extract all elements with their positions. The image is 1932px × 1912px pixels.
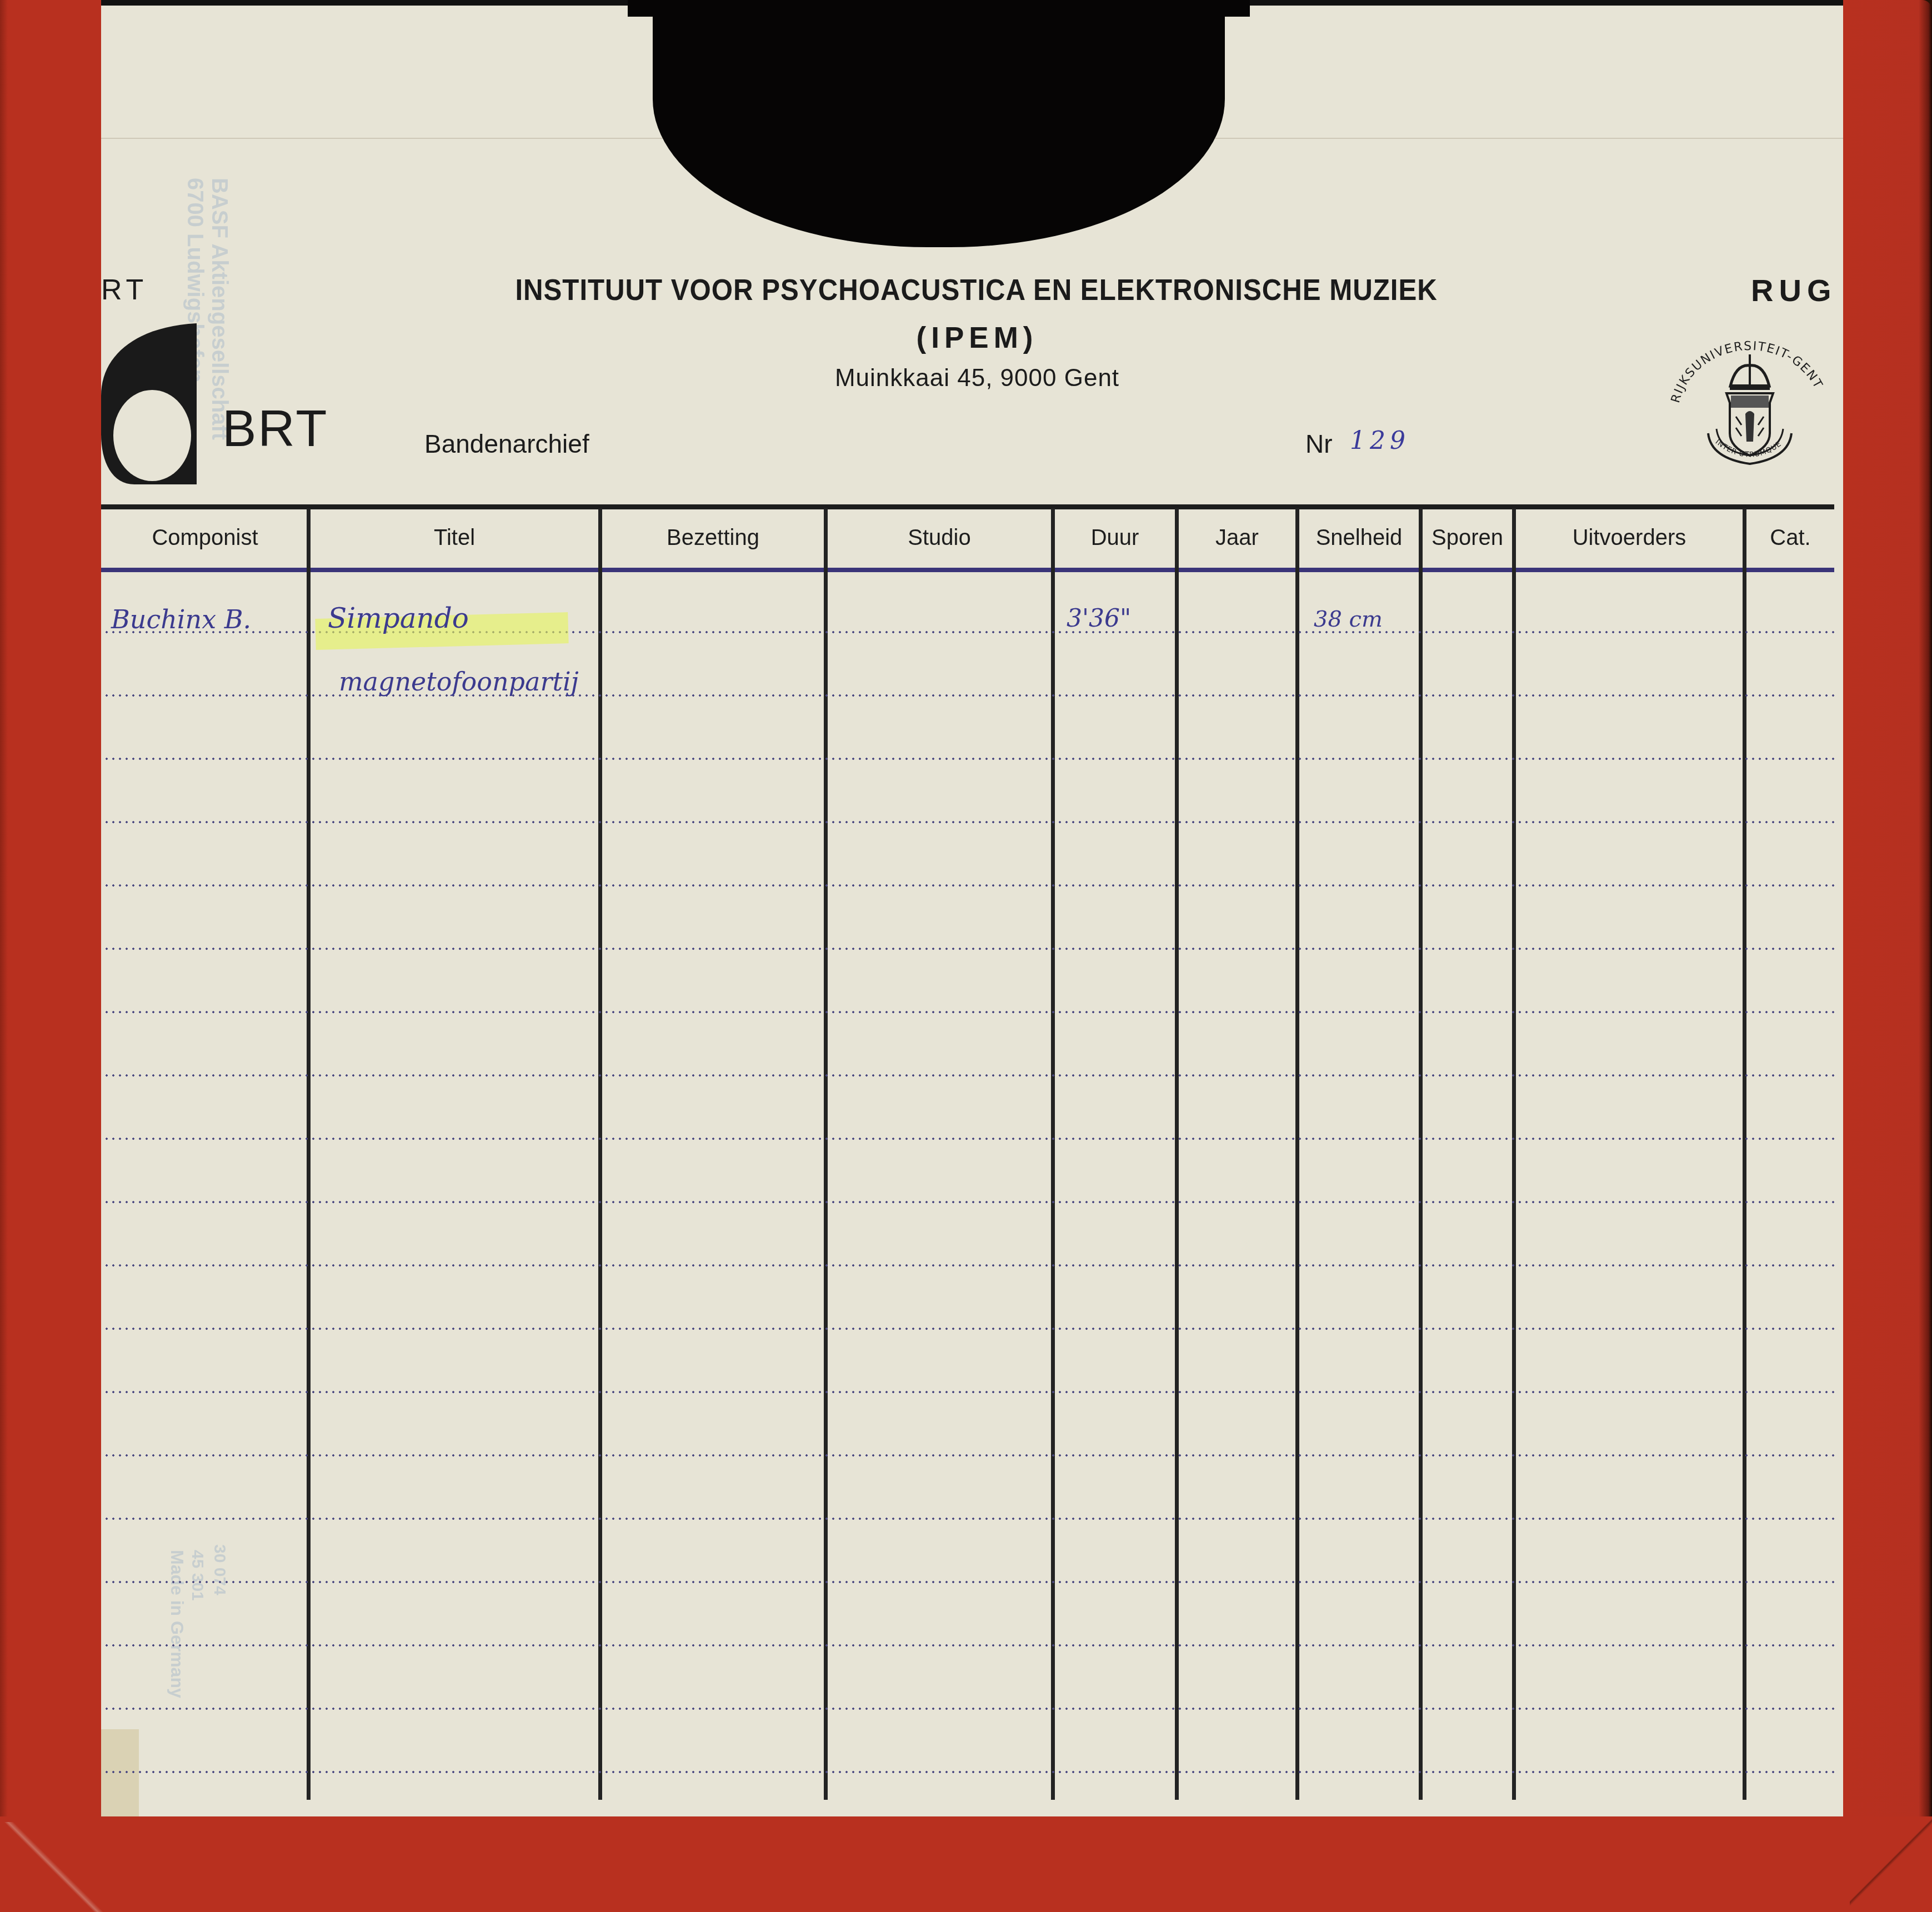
column-header-studio: Studio [828,525,1051,550]
column-divider [1512,508,1516,1800]
column-divider [824,508,828,1800]
column-header-titel: Titel [311,525,598,550]
column-divider [307,508,311,1800]
brt-logo-icon [101,323,202,484]
column-divider [1743,508,1746,1800]
column-divider [1419,508,1423,1800]
column-header-uitvoerders: Uitvoerders [1516,525,1743,550]
row-line [103,758,1834,760]
column-divider [598,508,602,1800]
watermark-code-1: 30 074 [210,1544,229,1595]
column-divider [1295,508,1299,1800]
university-seal-icon: RIJKSUNIVERSITEIT-GENT INTER UTRUMQUE [1661,333,1839,467]
row-line [103,1518,1834,1520]
row-line [103,1201,1834,1203]
entry-titel: Simpando [328,602,469,634]
entry-snelheid: 38 cm [1314,607,1383,632]
row-line [103,1074,1834,1077]
column-header-duur: Duur [1055,525,1175,550]
institute-address: Muinkkaai 45, 9000 Gent [0,364,1932,392]
row-line [103,1708,1834,1710]
row-line [103,1391,1834,1393]
number-label: Nr [1305,429,1333,459]
watermark-made-in: Made in Germany [167,1550,187,1698]
row-line [103,948,1834,950]
row-line [103,884,1834,887]
table-header-rule [101,568,1834,572]
entry-titel-continued: magnetofoonpartij [339,667,579,697]
column-header-bezetting: Bezetting [602,525,824,550]
column-divider [1051,508,1055,1800]
row-line [103,1328,1834,1330]
brt-logo-text: BRT [222,400,328,458]
row-line [103,1138,1834,1140]
column-header-sporen: Sporen [1423,525,1512,550]
column-divider [1175,508,1179,1800]
row-line [103,1771,1834,1773]
column-header-cat: Cat. [1746,525,1834,550]
row-line [103,1011,1834,1013]
cover-corner-fold [1850,1808,1932,1912]
number-value: 129 [1350,427,1410,455]
column-header-componist: Componist [103,525,307,550]
entry-componist: Buchinx B. [111,604,251,634]
red-cover-bottom-edge [0,1816,1932,1912]
right-mark-rug: RUG [1751,272,1836,308]
institute-name: INSTITUUT VOOR PSYCHOACUSTICA EN ELEKTRO… [68,273,1865,307]
archive-label: Bandenarchief [424,429,589,459]
column-header-snelheid: Snelheid [1299,525,1419,550]
row-line [103,1581,1834,1583]
entry-duur: 3'36" [1067,604,1131,633]
table-top-rule [101,504,1834,509]
institute-abbreviation: (IPEM) [0,321,1932,355]
cover-corner-tape [0,1822,106,1912]
row-line [103,1264,1834,1267]
row-line [103,1644,1834,1646]
watermark-code-2: 45 301 [188,1550,207,1601]
column-header-jaar: Jaar [1179,525,1295,550]
row-line [103,1454,1834,1456]
row-line [103,821,1834,823]
